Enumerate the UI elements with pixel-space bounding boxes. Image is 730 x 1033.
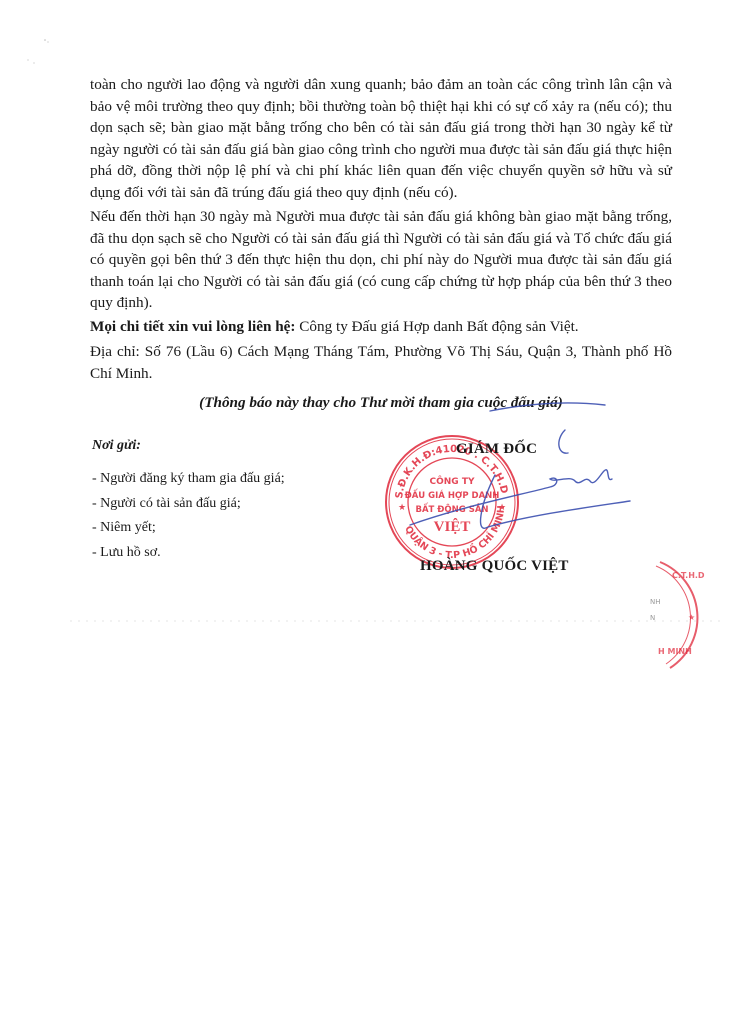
scan-artifact-line bbox=[70, 620, 720, 622]
signer-name: HOÀNG QUỐC VIỆT bbox=[420, 558, 569, 575]
address-line: Địa chỉ: Số 76 (Lầu 6) Cách Mạng Tháng T… bbox=[90, 341, 672, 384]
paragraph-deadline: Nếu đến thời hạn 30 ngày mà Người mua đư… bbox=[90, 206, 672, 314]
recipient-item: - Người có tài sản đấu giá; bbox=[92, 492, 285, 517]
recipient-item: - Niêm yết; bbox=[92, 516, 285, 541]
contact-line: Mọi chi tiết xin vui lòng liên hệ: Công … bbox=[90, 316, 672, 338]
svg-text:H MINH: H MINH bbox=[658, 647, 692, 656]
contact-value: Công ty Đấu giá Hợp danh Bất động sản Vi… bbox=[295, 318, 578, 335]
recipients-list: - Người đăng ký tham gia đấu giá; - Ngườ… bbox=[92, 467, 285, 565]
svg-text:NH: NH bbox=[650, 598, 661, 606]
scan-artifacts bbox=[0, 0, 730, 80]
svg-text:C.T.H.D: C.T.H.D bbox=[672, 571, 705, 580]
paragraph-obligations: toàn cho người lao động và người dân xun… bbox=[90, 74, 672, 204]
document-page: toàn cho người lao động và người dân xun… bbox=[0, 0, 730, 1033]
recipient-item: - Người đăng ký tham gia đấu giá; bbox=[92, 467, 285, 492]
signature bbox=[380, 395, 640, 545]
partial-stamp: C.T.H.D ★ H MINH NH N bbox=[630, 556, 720, 676]
recipients-title: Nơi gửi: bbox=[92, 438, 141, 454]
recipient-item: - Lưu hồ sơ. bbox=[92, 541, 285, 566]
contact-label: Mọi chi tiết xin vui lòng liên hệ: bbox=[90, 318, 295, 335]
